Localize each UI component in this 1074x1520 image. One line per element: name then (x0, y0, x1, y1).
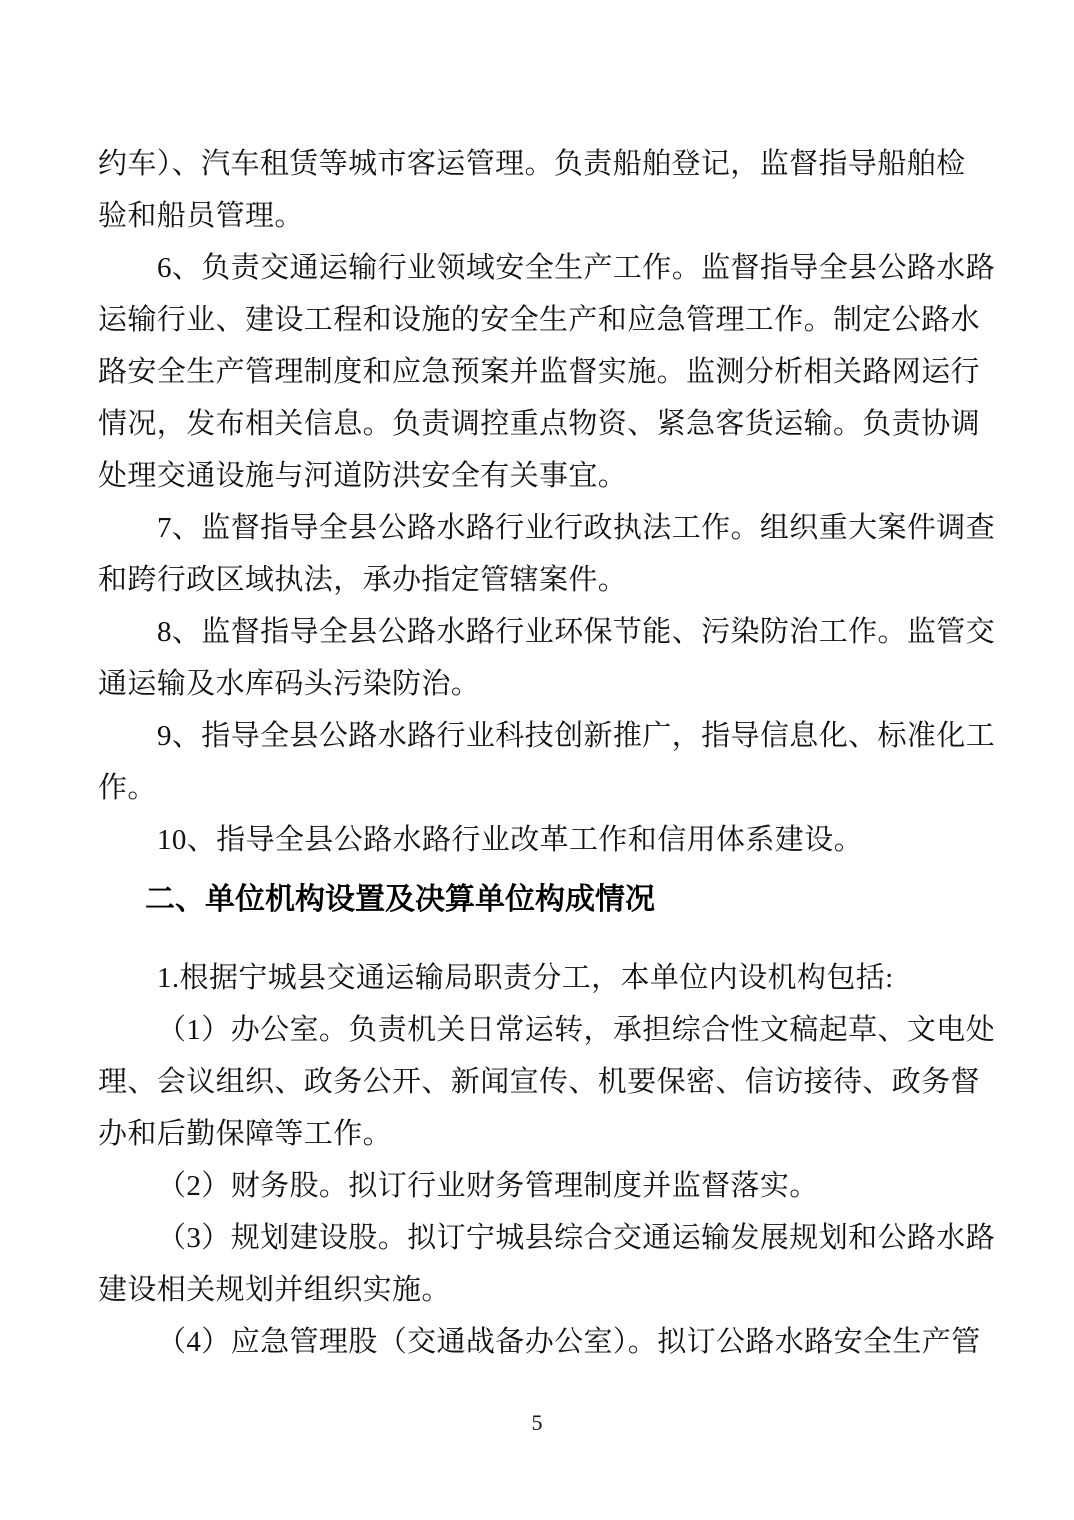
page-number: 5 (0, 1408, 1074, 1438)
text-line: 办和后勤保障等工作。 (98, 1108, 988, 1160)
text-line: 运输行业、建设工程和设施的安全生产和应急管理工作。制定公路水 (98, 294, 988, 346)
text-line: （3）规划建设股。拟订宁城县综合交通运输发展规划和公路水路 (98, 1212, 988, 1264)
section-heading: 二、单位机构设置及决算单位构成情况 (98, 874, 988, 926)
text-line: （4）应急管理股（交通战备办公室）。拟订公路水路安全生产管 (98, 1316, 988, 1368)
text-line: 路安全生产管理制度和应急预案并监督实施。监测分析相关路网运行 (98, 346, 988, 398)
text-line: 约车）、汽车租赁等城市客运管理。负责船舶登记，监督指导船舶检 (98, 138, 988, 190)
document-body: 约车）、汽车租赁等城市客运管理。负责船舶登记，监督指导船舶检验和船员管理。6、负… (98, 138, 988, 1368)
text-line: 和跨行政区域执法，承办指定管辖案件。 (98, 554, 988, 606)
text-line: 作。 (98, 762, 988, 814)
text-line: 6、负责交通运输行业领域安全生产工作。监督指导全县公路水路 (98, 242, 988, 294)
text-line: 9、指导全县公路水路行业科技创新推广，指导信息化、标准化工 (98, 710, 988, 762)
text-line: （2）财务股。拟订行业财务管理制度并监督落实。 (98, 1160, 988, 1212)
text-line: 8、监督指导全县公路水路行业环保节能、污染防治工作。监管交 (98, 606, 988, 658)
text-line: 10、指导全县公路水路行业改革工作和信用体系建设。 (98, 814, 988, 866)
text-line: （1）办公室。负责机关日常运转，承担综合性文稿起草、文电处 (98, 1004, 988, 1056)
text-line: 情况，发布相关信息。负责调控重点物资、紧急客货运输。负责协调 (98, 398, 988, 450)
text-line: 处理交通设施与河道防洪安全有关事宜。 (98, 450, 988, 502)
document-page: 约车）、汽车租赁等城市客运管理。负责船舶登记，监督指导船舶检验和船员管理。6、负… (0, 0, 1074, 1520)
text-line: 建设相关规划并组织实施。 (98, 1264, 988, 1316)
text-line: 1.根据宁城县交通运输局职责分工，本单位内设机构包括: (98, 952, 988, 1004)
text-line: 理、会议组织、政务公开、新闻宣传、机要保密、信访接待、政务督 (98, 1056, 988, 1108)
text-line: 7、监督指导全县公路水路行业行政执法工作。组织重大案件调查 (98, 502, 988, 554)
text-line: 验和船员管理。 (98, 190, 988, 242)
text-line: 通运输及水库码头污染防治。 (98, 658, 988, 710)
